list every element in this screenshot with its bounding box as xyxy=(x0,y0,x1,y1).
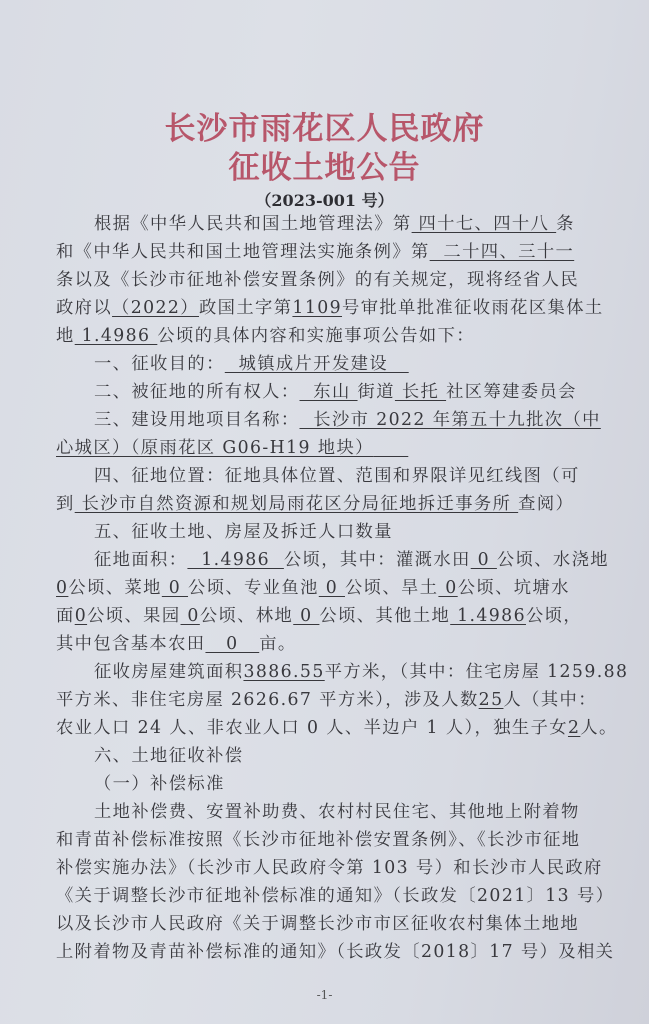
fill-in-project-name: 心城区）（原雨花区 G06-H19 地块） xyxy=(56,438,374,458)
text: 条 xyxy=(556,214,575,234)
fill-in-project-name: 长沙市 2022 年第五十九批次（中 xyxy=(300,410,601,430)
body-line: 和《中华人民共和国土地管理法实施条例》第 二十四、三十一 xyxy=(56,238,611,266)
body-line: 二、被征地的所有权人： 东山 街道 长托 社区筹建委员会 xyxy=(56,378,649,406)
text: 土地补偿费、安置补助费、农村村民住宅、其他地上附着物 xyxy=(94,802,580,822)
body-line: 到 长沙市自然资源和规划局雨花区分局征地拆迁事务所 查阅） xyxy=(56,490,611,518)
fill-in-articles: 二十四、三十一 xyxy=(430,242,575,262)
text: 征地面积： xyxy=(94,550,187,570)
body-line: 征收房屋建筑面积3886.55平方米，（其中：住宅房屋 1259.88 xyxy=(56,658,649,686)
text: 和《中华人民共和国土地管理法实施条例》第 xyxy=(56,242,430,262)
fill-in-value: 0 xyxy=(319,578,345,598)
body-line: 上附着物及青苗补偿标准的通知》（长政发〔2018〕17 号）及相关 xyxy=(56,938,611,966)
body-line: 征地面积： 1.4986 公顷，其中：灌溉水田 0 公顷、水浇地 xyxy=(56,546,649,574)
text: 二、被征地的所有权人： xyxy=(94,382,300,402)
fill-in-value: 0 xyxy=(162,578,188,598)
body-line: 《关于调整长沙市征地补偿标准的通知》（长政发〔2021〕13 号） xyxy=(56,882,611,910)
body-line: 平方米、非住宅房屋 2626.67 平方米），涉及人数25人（其中： xyxy=(56,686,611,714)
text: 征收房屋建筑面积 xyxy=(94,662,243,682)
text: （一）补偿标准 xyxy=(94,774,225,794)
text: 查阅） xyxy=(518,494,574,514)
fill-in-articles: 四十七、四十八 xyxy=(412,214,557,234)
text: 号审批单批准征收雨花区集体土 xyxy=(342,298,604,318)
body-line: 三、建设用地项目名称： 长沙市 2022 年第五十九批次（中 xyxy=(56,406,649,434)
text: 条以及《长沙市征地补偿安置条例》的有关规定，现将经省人民 xyxy=(56,270,579,290)
fill-in-value: 0 xyxy=(471,550,497,570)
body-line: 其中包含基本农田 0 亩。 xyxy=(56,630,611,658)
text: 补偿实施办法》（长沙市人民政府令第 103 号）和长沙市人民政府 xyxy=(56,858,603,878)
fill-in-value: 0 xyxy=(438,578,457,598)
body-line: 面0公顷、果园 0公顷、林地 0 公顷、其他土地 1.4986公顷， xyxy=(56,602,611,630)
text: 公顷、旱土 xyxy=(345,578,438,598)
section-heading: 六、土地征收补偿 xyxy=(56,742,649,770)
text: 公顷、果园 xyxy=(87,606,180,626)
fill-in-year: （2022） xyxy=(112,298,199,318)
text: 到 xyxy=(56,494,75,514)
fill-in-office: 长沙市自然资源和规划局雨花区分局征地拆迁事务所 xyxy=(75,494,518,514)
text: 公顷，其中：灌溉水田 xyxy=(284,550,471,570)
body-line: 四、征地位置：征地具体位置、范围和界限详见红线图（可 xyxy=(56,462,649,490)
fill-in-value: 0 xyxy=(56,578,68,598)
text: 上附着物及青苗补偿标准的通知》（长政发〔2018〕17 号）及相关 xyxy=(56,942,614,962)
body-line: 农业人口 24 人、非农业人口 0 人、半边户 1 人），独生子女2人。 xyxy=(56,714,611,742)
body-line: 以及长沙市人民政府《关于调整长沙市市区征收农村集体土地地 xyxy=(56,910,611,938)
text: 人。 xyxy=(580,718,617,738)
text: 公顷、其他土地 xyxy=(319,606,450,626)
fill-in-people-count: 25 xyxy=(479,690,504,710)
text: 五、征收土地、房屋及拆迁人口数量 xyxy=(94,522,393,542)
fill-in-purpose: 城镇成片开发建设 xyxy=(225,354,409,374)
text: 人（其中： xyxy=(503,690,596,710)
text: 农业人口 24 人、非农业人口 0 人、半边户 1 人），独生子女 xyxy=(56,718,568,738)
fill-in-value: 0 xyxy=(293,606,319,626)
text: 平方米，（其中：住宅房屋 1259.88 xyxy=(325,662,629,682)
text: 公顷、菜地 xyxy=(68,578,161,598)
text: 面 xyxy=(56,606,75,626)
body-line: 心城区）（原雨花区 G06-H19 地块） xyxy=(56,434,611,462)
text: 公顷、坑塘水 xyxy=(458,578,570,598)
text: 街道 xyxy=(358,382,395,402)
text: 政府以 xyxy=(56,298,112,318)
fill-in-area: 1.4986 xyxy=(75,326,158,346)
section-heading: 五、征收土地、房屋及拆迁人口数量 xyxy=(56,518,649,546)
fill-in-approval-no: 1109 xyxy=(292,298,342,318)
fill-in-only-child: 2 xyxy=(568,718,580,738)
text: 公顷的具体内容和实施事项公告如下： xyxy=(157,326,475,346)
title-line-2: 征收土地公告 xyxy=(0,142,649,187)
text: 四、征地位置：征地具体位置、范围和界限详见红线图（可 xyxy=(94,466,580,486)
text: 六、土地征收补偿 xyxy=(94,746,243,766)
text: 和青苗补偿标准按照《长沙市征地补偿安置条例》、《长沙市征地 xyxy=(56,830,580,850)
body-line: 0公顷、菜地 0 公顷、专业鱼池 0 公顷、旱土 0公顷、坑塘水 xyxy=(56,574,611,602)
document-page: 长沙市雨花区人民政府 征收土地公告 （2023-001 号） 根据《中华人民共和… xyxy=(0,0,649,1024)
body-line: 条以及《长沙市征地补偿安置条例》的有关规定，现将经省人民 xyxy=(56,266,611,294)
text: 根据《中华人民共和国土地管理法》第 xyxy=(94,214,412,234)
text: 三、建设用地项目名称： xyxy=(94,410,300,430)
text: 公顷， xyxy=(526,606,582,626)
fill-in-street: 东山 xyxy=(300,382,358,402)
text: 公顷、林地 xyxy=(200,606,293,626)
text: 以及长沙市人民政府《关于调整长沙市市区征收农村集体土地地 xyxy=(56,914,579,934)
text: 地 xyxy=(56,326,75,346)
text: 公顷、专业鱼池 xyxy=(188,578,319,598)
fill-in-area: 1.4986 xyxy=(450,606,526,626)
fill-in-value: 0 xyxy=(181,606,200,626)
fill-in-building-area: 3886.55 xyxy=(243,662,324,682)
body-line: 土地补偿费、安置补助费、农村村民住宅、其他地上附着物 xyxy=(56,798,649,826)
fill-in-community: 长托 xyxy=(395,382,446,402)
text: 平方米、非住宅房屋 2626.67 平方米），涉及人数 xyxy=(56,690,479,710)
fill-in-area: 1.4986 xyxy=(187,550,283,570)
body-line: 地 1.4986 公顷的具体内容和实施事项公告如下： xyxy=(56,322,611,350)
body-line: 政府以（2022）政国土字第1109号审批单批准征收雨花区集体土 xyxy=(56,294,611,322)
body-line: 一、征收目的： 城镇成片开发建设 xyxy=(56,350,649,378)
text: 一、征收目的： xyxy=(94,354,225,374)
fill-in-value: 0 xyxy=(75,606,87,626)
page-number: -1- xyxy=(0,988,649,1002)
body-line: 和青苗补偿标准按照《长沙市征地补偿安置条例》、《长沙市征地 xyxy=(56,826,611,854)
text: 亩。 xyxy=(259,634,296,654)
text: 《关于调整长沙市征地补偿标准的通知》（长政发〔2021〕13 号） xyxy=(56,886,614,906)
text: 其中包含基本农田 xyxy=(56,634,205,654)
document-number: （2023-001 号） xyxy=(0,188,649,211)
text: 社区筹建委员会 xyxy=(446,382,577,402)
text: 公顷、水浇地 xyxy=(497,550,609,570)
body-line: 根据《中华人民共和国土地管理法》第 四十七、四十八 条 xyxy=(56,210,649,238)
fill-in-farmland: 0 xyxy=(205,634,259,654)
text: 政国土字第 xyxy=(199,298,292,318)
subsection-heading: （一）补偿标准 xyxy=(56,770,649,798)
body-line: 补偿实施办法》（长沙市人民政府令第 103 号）和长沙市人民政府 xyxy=(56,854,611,882)
